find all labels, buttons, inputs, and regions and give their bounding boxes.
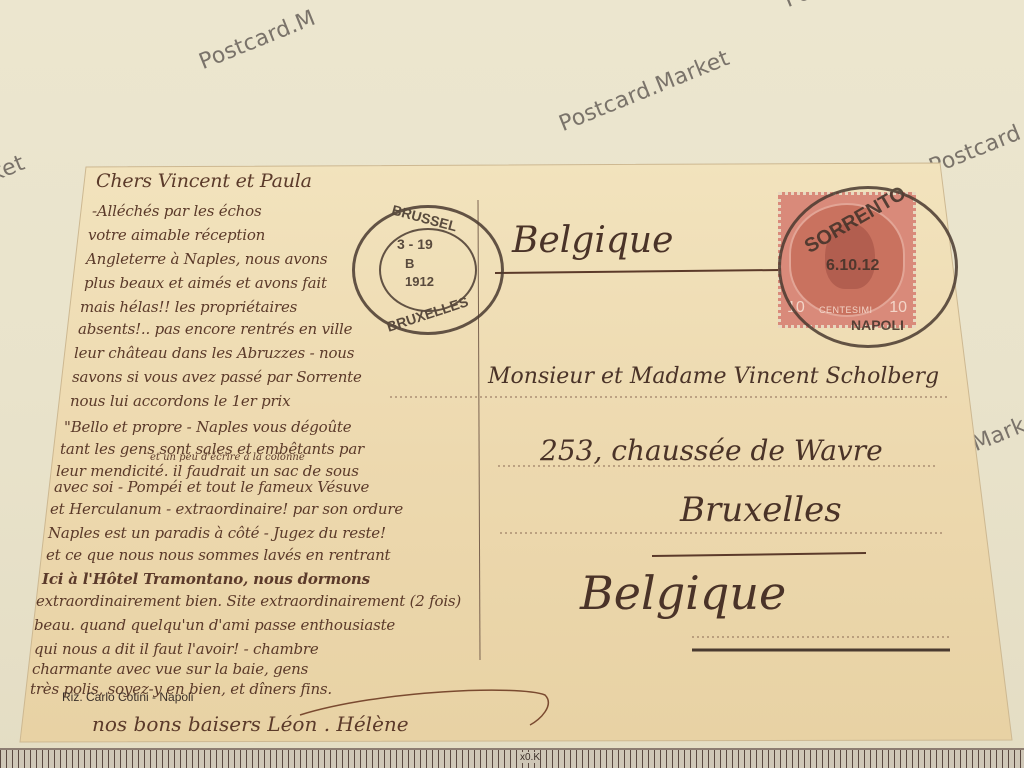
address-line-name: Monsieur et Madame Vincent Scholberg <box>488 364 939 389</box>
message-line: Chers Vincent et Paula <box>96 170 312 192</box>
ruler-marking: x0.K <box>520 752 540 763</box>
address-line-street: 253, chaussée de Wavre <box>540 434 883 467</box>
message-line: plus beaux et aimés et avons fait <box>84 274 327 292</box>
postmark-date-letter: B <box>405 256 414 271</box>
postmark-region: NAPOLI <box>851 317 904 333</box>
message-line: Naples est un paradis à côté - Jugez du … <box>48 524 386 542</box>
postmark-date-line: 3 - 19 <box>397 236 433 252</box>
address-line-city: Bruxelles <box>680 490 842 530</box>
message-line: avec soi - Pompéi et tout le fameux Vésu… <box>54 478 369 496</box>
message-line: savons si vous avez passé par Sorrente <box>72 368 362 386</box>
postmark-year: 1912 <box>405 274 434 289</box>
message-line: nous lui accordons le 1er prix <box>70 392 290 410</box>
message-signature: nos bons baisers Léon . Hélène <box>92 712 409 736</box>
message-line: et Herculanum - extraordinaire! par son … <box>50 500 403 518</box>
measuring-ruler: x0.K <box>0 748 1024 768</box>
message-line: et ce que nous nous sommes lavés en rent… <box>46 546 390 564</box>
message-line: beau. quand quelqu'un d'ami passe enthou… <box>34 616 395 634</box>
publisher-imprint: Riz. Carlo Cotini - Napoli <box>62 690 193 704</box>
message-line: Ici à l'Hôtel Tramontano, nous dormons <box>42 570 370 588</box>
message-line: absents!.. pas encore rentrés en ville <box>78 320 352 338</box>
address-country-top: Belgique <box>512 220 673 261</box>
message-line: qui nous a dit il faut l'avoir! - chambr… <box>34 640 319 658</box>
address-line-country: Belgique <box>580 566 786 620</box>
message-line: leur château dans les Abruzzes - nous <box>74 344 354 362</box>
message-line: -Alléchés par les échos <box>92 202 261 220</box>
message-line: extraordinairement bien. Site extraordin… <box>36 592 461 610</box>
message-line: votre aimable réception <box>88 226 265 244</box>
message-line: "Bello et propre - Naples vous dégoûte <box>64 418 351 436</box>
postmark-brussel: BRUSSEL 3 - 19 B 1912 BRUXELLES <box>352 205 504 335</box>
message-line: charmante avec vue sur la baie, gens <box>32 660 308 678</box>
message-line: Angleterre à Naples, nous avons <box>86 250 327 268</box>
postmark-sorrento: SORRENTO 6.10.12 NAPOLI <box>778 186 958 348</box>
message-interlinear-note: et un peu d'écrire à la colonne <box>150 452 305 463</box>
message-line: mais hélas!! les propriétaires <box>80 298 297 316</box>
postmark-date: 6.10.12 <box>826 257 879 275</box>
postcard: Chers Vincent et Paula -Alléchés par les… <box>0 0 1024 768</box>
